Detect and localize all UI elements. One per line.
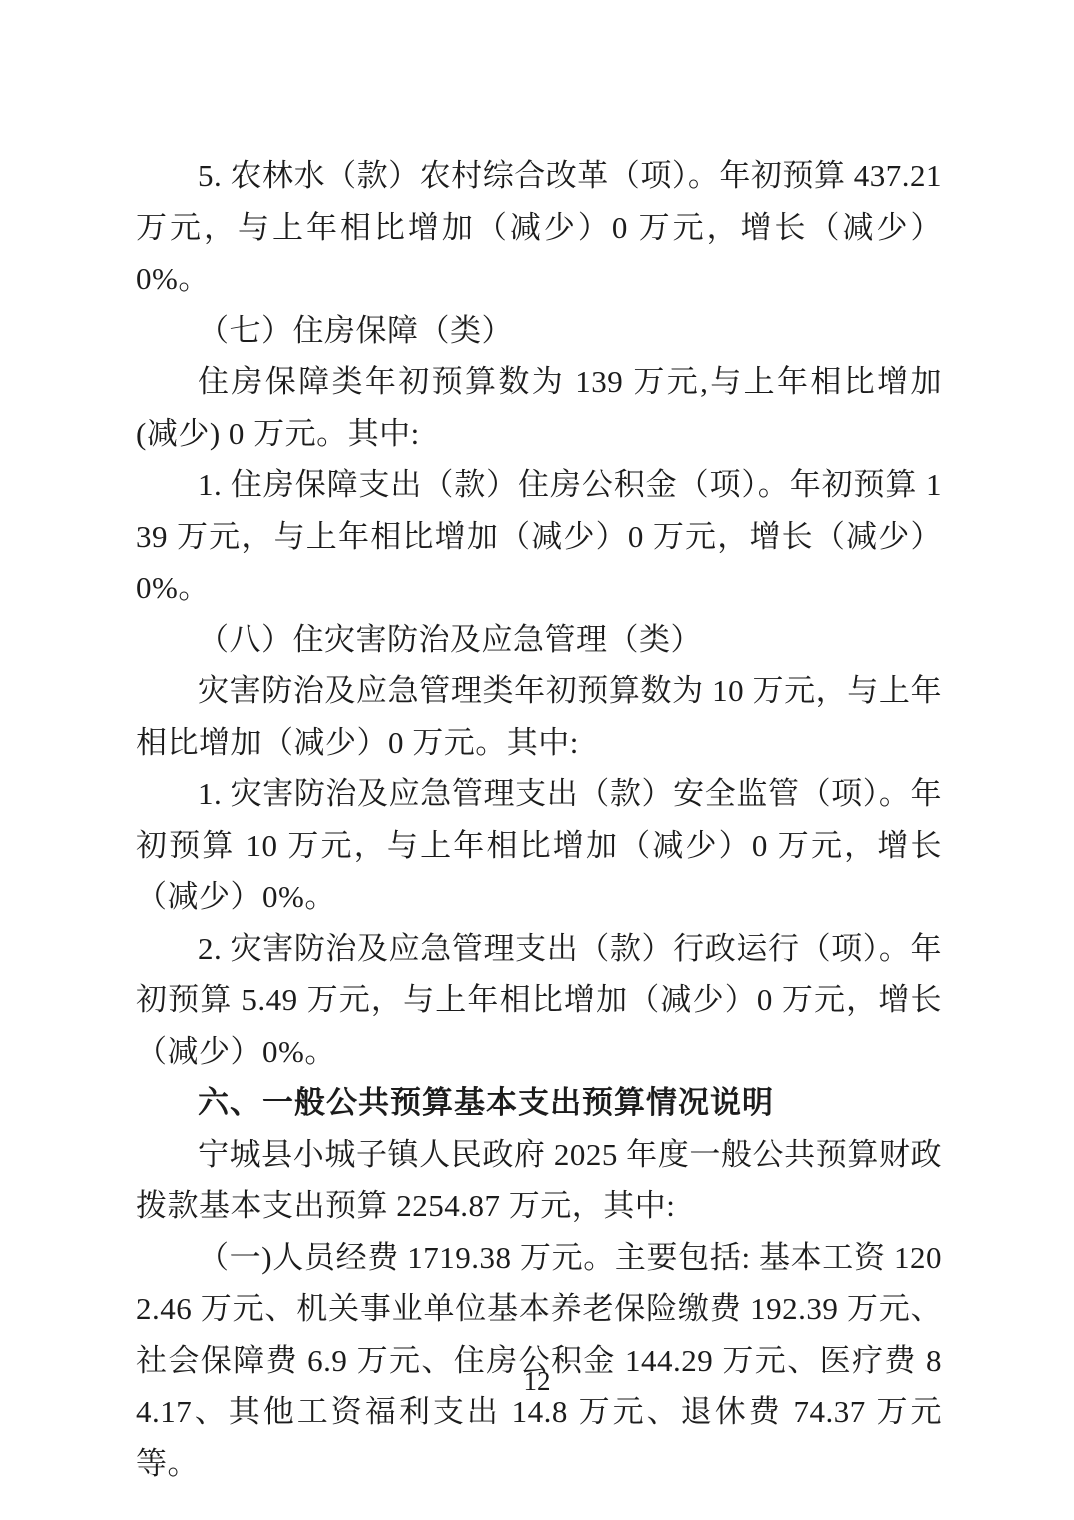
document-page: 5. 农林水（款）农村综合改革（项）。年初预算 437.21 万元，与上年相比增… [0, 0, 1074, 1520]
paragraph-disaster-item-2: 2. 灾害防治及应急管理支出（款）行政运行（项）。年初预算 5.49 万元，与上… [136, 923, 942, 1078]
paragraph-disaster-summary: 灾害防治及应急管理类年初预算数为 10 万元，与上年相比增加（减少）0 万元。其… [136, 665, 942, 768]
paragraph-housing-item-1: 1. 住房保障支出（款）住房公积金（项）。年初预算 139 万元，与上年相比增加… [136, 459, 942, 614]
paragraph-housing-summary: 住房保障类年初预算数为 139 万元,与上年相比增加(减少) 0 万元。其中: [136, 356, 942, 459]
paragraph-section-8-title: （八）住灾害防治及应急管理（类） [136, 614, 942, 666]
page-number: 12 [0, 1366, 1074, 1397]
document-body: 5. 农林水（款）农村综合改革（项）。年初预算 437.21 万元，与上年相比增… [136, 150, 942, 1489]
paragraph-personnel-expense-detail: （一)人员经费 1719.38 万元。主要包括: 基本工资 1202.46 万元… [136, 1232, 942, 1490]
paragraph-expense-item-5: 5. 农林水（款）农村综合改革（项）。年初预算 437.21 万元，与上年相比增… [136, 150, 942, 305]
section-6-heading: 六、一般公共预算基本支出预算情况说明 [136, 1077, 942, 1129]
paragraph-section-7-title: （七）住房保障（类） [136, 305, 942, 357]
paragraph-basic-expense-summary: 宁城县小城子镇人民政府 2025 年度一般公共预算财政拨款基本支出预算 2254… [136, 1129, 942, 1232]
paragraph-disaster-item-1: 1. 灾害防治及应急管理支出（款）安全监管（项）。年初预算 10 万元，与上年相… [136, 768, 942, 923]
